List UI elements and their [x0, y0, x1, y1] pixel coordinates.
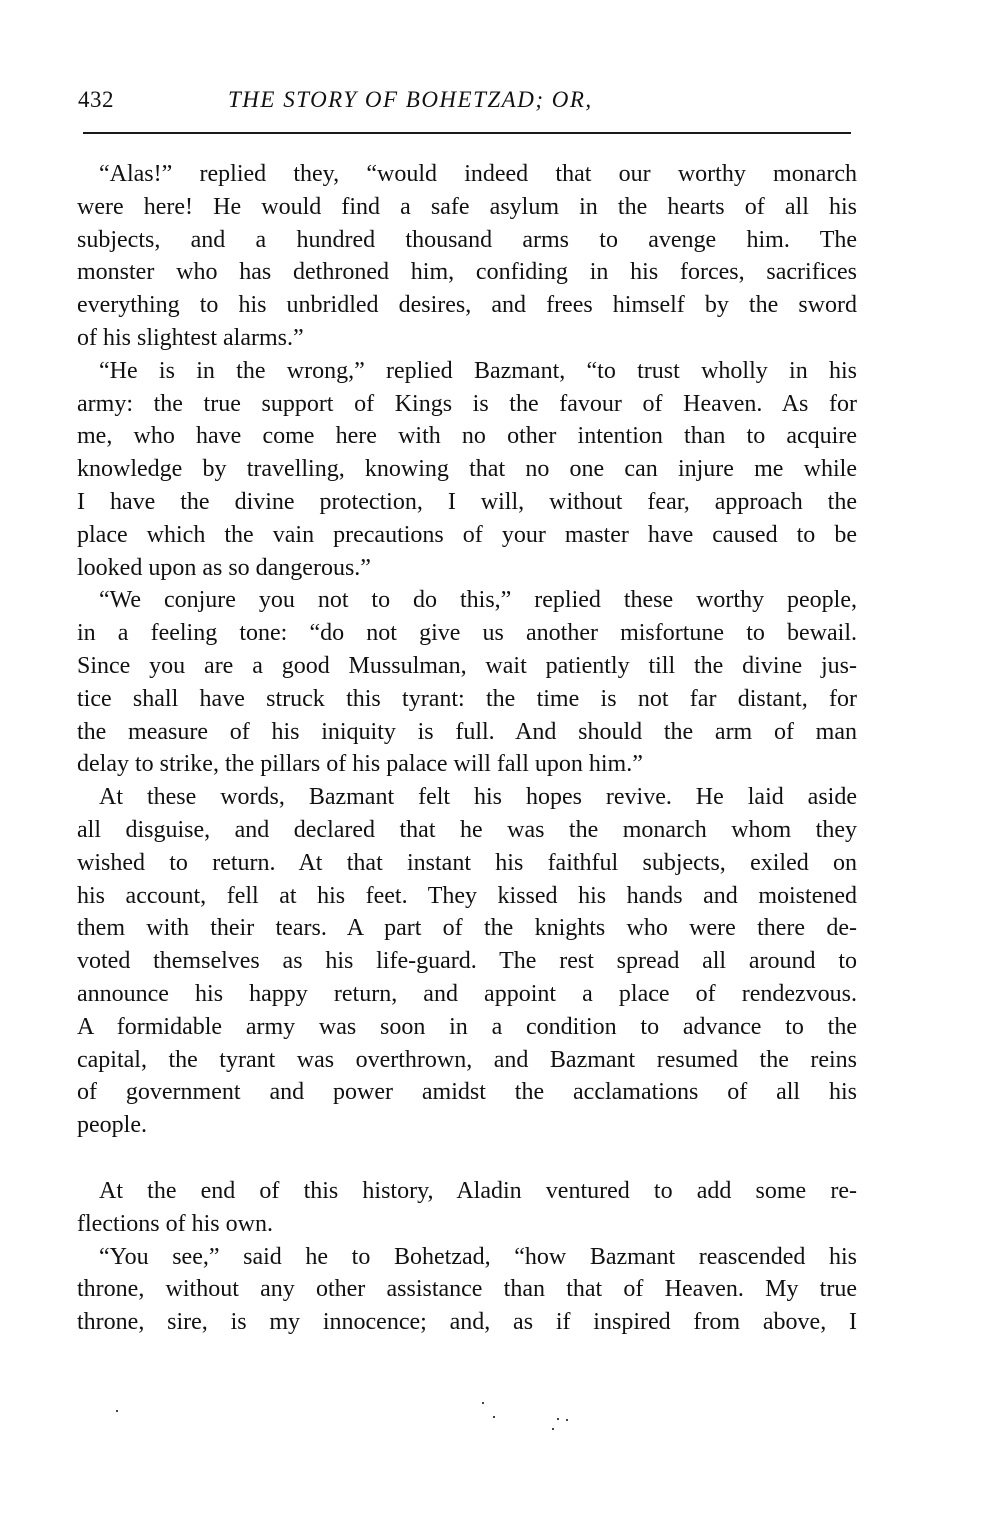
text-line: delay to strike, the pillars of his pala… — [77, 748, 857, 781]
line-text: place which the vain precautions of your… — [77, 519, 857, 552]
text-line: A formidable army was soon in a conditio… — [77, 1011, 857, 1044]
line-text: the measure of his iniquity is full. And… — [77, 716, 857, 749]
line-text: throne, sire, is my innocence; and, as i… — [77, 1306, 857, 1339]
scan-speck — [116, 1410, 118, 1412]
scan-speck — [482, 1402, 484, 1404]
line-text: tice shall have struck this tyrant: the … — [77, 683, 857, 716]
header-rule — [83, 132, 851, 134]
line-text: looked upon as so dangerous.” — [77, 552, 857, 585]
line-text: his account, fell at his feet. They kiss… — [77, 880, 857, 913]
text-line: Since you are a good Mussulman, wait pat… — [77, 650, 857, 683]
line-text: me, who have come here with no other int… — [77, 420, 857, 453]
text-line: “He is in the wrong,” replied Bazmant, “… — [77, 355, 857, 388]
paragraph: At these words, Bazmant felt his hopes r… — [77, 781, 857, 1142]
text-line: throne, sire, is my innocence; and, as i… — [77, 1306, 857, 1339]
line-text: “You see,” said he to Bohetzad, “how Baz… — [99, 1241, 857, 1274]
text-line: “You see,” said he to Bohetzad, “how Baz… — [77, 1241, 857, 1274]
line-text: them with their tears. A part of the kni… — [77, 912, 857, 945]
paragraph: “Alas!” replied they, “would indeed that… — [77, 158, 857, 355]
text-line: “Alas!” replied they, “would indeed that… — [77, 158, 857, 191]
text-line: of his slightest alarms.” — [77, 322, 857, 355]
text-line: flections of his own. — [77, 1208, 857, 1241]
text-line: “We conjure you not to do this,” replied… — [77, 584, 857, 617]
line-text: capital, the tyrant was overthrown, and … — [77, 1044, 857, 1077]
line-text: in a feeling tone: “do not give us anoth… — [77, 617, 857, 650]
text-line: At the end of this history, Aladin ventu… — [77, 1175, 857, 1208]
scan-speck — [566, 1419, 568, 1421]
line-text: At the end of this history, Aladin ventu… — [99, 1175, 857, 1208]
scan-speck — [552, 1428, 554, 1430]
text-line: everything to his unbridled desires, and… — [77, 289, 857, 322]
line-text: subjects, and a hundred thousand arms to… — [77, 224, 857, 257]
line-text: A formidable army was soon in a conditio… — [77, 1011, 857, 1044]
line-text: of government and power amidst the accla… — [77, 1076, 857, 1109]
text-line: announce his happy return, and appoint a… — [77, 978, 857, 1011]
line-text: of his slightest alarms.” — [77, 322, 857, 355]
line-text: flections of his own. — [77, 1208, 857, 1241]
line-text: Since you are a good Mussulman, wait pat… — [77, 650, 857, 683]
text-line: looked upon as so dangerous.” — [77, 552, 857, 585]
paragraph: At the end of this history, Aladin ventu… — [77, 1175, 857, 1241]
text-line: subjects, and a hundred thousand arms to… — [77, 224, 857, 257]
line-text: At these words, Bazmant felt his hopes r… — [99, 781, 857, 814]
text-line: army: the true support of Kings is the f… — [77, 388, 857, 421]
text-line: of government and power amidst the accla… — [77, 1076, 857, 1109]
paragraph: “He is in the wrong,” replied Bazmant, “… — [77, 355, 857, 585]
section-break — [77, 1142, 857, 1175]
text-line: were here! He would find a safe asylum i… — [77, 191, 857, 224]
text-line: knowledge by travelling, knowing that no… — [77, 453, 857, 486]
paragraph: “You see,” said he to Bohetzad, “how Baz… — [77, 1241, 857, 1339]
line-text: voted themselves as his life-guard. The … — [77, 945, 857, 978]
line-text: delay to strike, the pillars of his pala… — [77, 748, 857, 781]
text-line: place which the vain precautions of your… — [77, 519, 857, 552]
page-number: 432 — [78, 80, 114, 120]
text-line: capital, the tyrant was overthrown, and … — [77, 1044, 857, 1077]
text-line: At these words, Bazmant felt his hopes r… — [77, 781, 857, 814]
line-text: “We conjure you not to do this,” replied… — [99, 584, 857, 617]
line-text: wished to return. At that instant his fa… — [77, 847, 857, 880]
line-text: “He is in the wrong,” replied Bazmant, “… — [99, 355, 857, 388]
text-line: all disguise, and declared that he was t… — [77, 814, 857, 847]
text-line: people. — [77, 1109, 857, 1142]
line-text: “Alas!” replied they, “would indeed that… — [99, 158, 857, 191]
running-title: THE STORY OF BOHETZAD; OR, — [228, 80, 593, 120]
text-line: me, who have come here with no other int… — [77, 420, 857, 453]
text-line: voted themselves as his life-guard. The … — [77, 945, 857, 978]
line-text: announce his happy return, and appoint a… — [77, 978, 857, 1011]
text-line: his account, fell at his feet. They kiss… — [77, 880, 857, 913]
text-line: the measure of his iniquity is full. And… — [77, 716, 857, 749]
paragraph: “We conjure you not to do this,” replied… — [77, 584, 857, 781]
line-text: I have the divine protection, I will, wi… — [77, 486, 857, 519]
running-head: 432 THE STORY OF BOHETZAD; OR, — [78, 80, 858, 120]
line-text: army: the true support of Kings is the f… — [77, 388, 857, 421]
body-text: “Alas!” replied they, “would indeed that… — [77, 158, 857, 1339]
line-text: monster who has dethroned him, confiding… — [77, 256, 857, 289]
text-line: wished to return. At that instant his fa… — [77, 847, 857, 880]
text-line: I have the divine protection, I will, wi… — [77, 486, 857, 519]
line-text: throne, without any other assistance tha… — [77, 1273, 857, 1306]
scan-speck — [557, 1418, 559, 1420]
scan-speck — [493, 1416, 495, 1418]
line-text: people. — [77, 1109, 857, 1142]
text-line: throne, without any other assistance tha… — [77, 1273, 857, 1306]
text-line: in a feeling tone: “do not give us anoth… — [77, 617, 857, 650]
line-text: were here! He would find a safe asylum i… — [77, 191, 857, 224]
text-line: them with their tears. A part of the kni… — [77, 912, 857, 945]
book-page: 432 THE STORY OF BOHETZAD; OR, “Alas!” r… — [0, 0, 1000, 1522]
line-text: all disguise, and declared that he was t… — [77, 814, 857, 847]
line-text: everything to his unbridled desires, and… — [77, 289, 857, 322]
text-line: monster who has dethroned him, confiding… — [77, 256, 857, 289]
text-line: tice shall have struck this tyrant: the … — [77, 683, 857, 716]
line-text: knowledge by travelling, knowing that no… — [77, 453, 857, 486]
